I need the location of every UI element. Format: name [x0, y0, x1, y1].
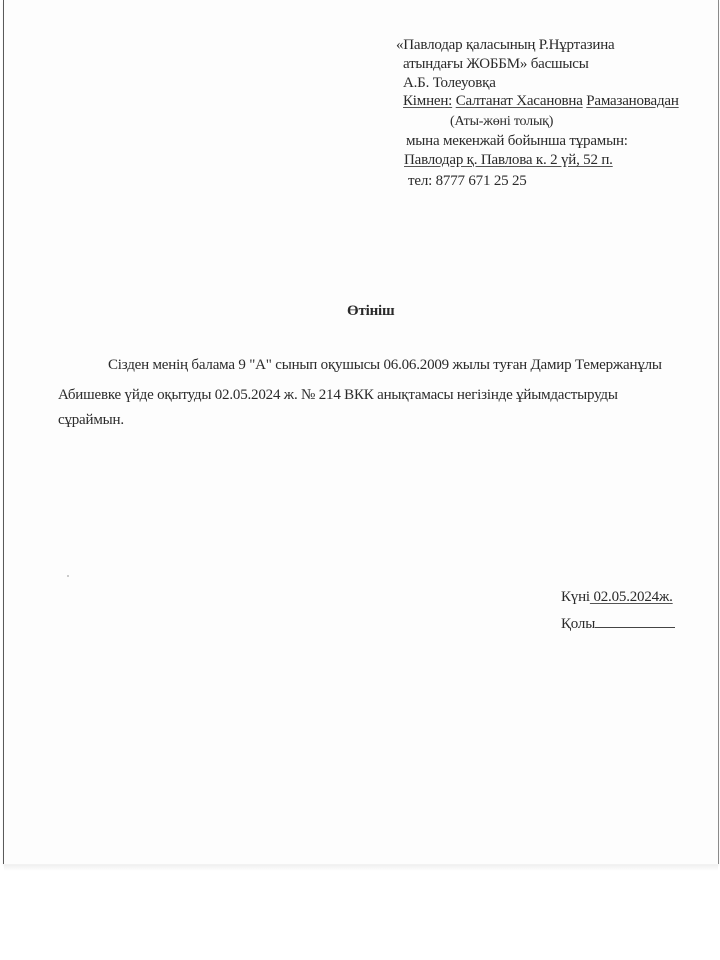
date-label: Күні	[561, 589, 590, 605]
from-name-part1: Салтанат Хасановна	[456, 93, 583, 109]
body-line-2: Абишевке үйде оқытуды 02.05.2024 ж. № 21…	[58, 386, 618, 404]
addressee-line-1: «Павлодар қаласының Р.Нұртазина	[396, 36, 615, 54]
from-label: Кімнен:	[403, 93, 452, 109]
scan-speck	[67, 575, 69, 577]
page-shadow	[4, 865, 718, 871]
date-line: Күні 02.05.2024ж.	[561, 588, 673, 606]
address: Павлодар қ. Павлова к. 2 үй, 52 п.	[404, 151, 613, 169]
from-name-part2: Рамазановадан	[586, 93, 678, 109]
signature-line: Қолы	[561, 615, 675, 633]
body-line-1: Сізден менің балама 9 "А" сынып оқушысы …	[108, 356, 662, 374]
body-line-3: сұраймын.	[58, 411, 124, 429]
addressee-line-2: атындағы ЖОББМ» басшысы	[403, 55, 589, 73]
name-hint: (Аты-жөні толық)	[450, 113, 553, 131]
signature-label: Қолы	[561, 616, 595, 632]
date-value: 02.05.2024ж.	[590, 589, 673, 605]
signature-blank	[595, 615, 675, 628]
residence-label: мына мекенжай бойынша тұрамын:	[406, 132, 628, 150]
phone: тел: 8777 671 25 25	[408, 172, 527, 190]
document-page	[3, 0, 719, 864]
from-line: Кімнен: Салтанат Хасановна Рамазановадан	[403, 92, 679, 110]
addressee-line-3: А.Б. Толеуовқа	[403, 74, 496, 92]
document-title: Өтініш	[347, 302, 394, 320]
